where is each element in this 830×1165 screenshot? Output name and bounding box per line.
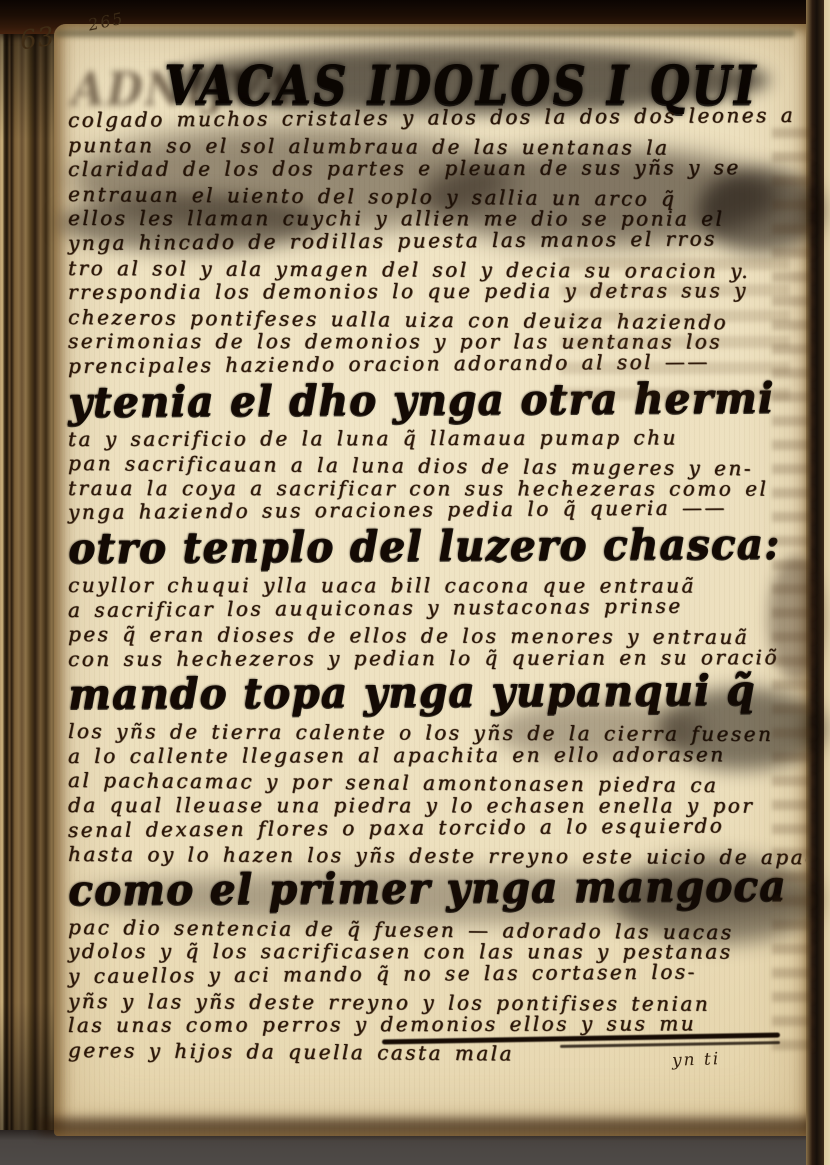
text-line: rrespondia los demonios lo que pedia y d… (68, 278, 806, 305)
text-line: ynga hincado de rodillas puesta las mano… (68, 226, 806, 256)
folio-number-side: 63 (18, 22, 57, 57)
manuscript-body: colgado muchos cristales y alos dos la d… (68, 108, 806, 1062)
text-line: colgado muchos cristales y alos dos la d… (68, 103, 806, 133)
page-top-shadow (55, 30, 795, 37)
manuscript-page: ADNIJVA VACAS IDOLOS I QUI colgado mucho… (54, 24, 812, 1136)
paragraph: los yñs de tierra calente o los yñs de l… (68, 719, 806, 867)
text-line: a lo callente llegasen al apachita en el… (68, 742, 806, 769)
section-heading: mando topa ynga yupanqui q̃ (68, 666, 806, 721)
section-heading: como el primer ynga mangoca (68, 861, 806, 916)
next-page-sliver (824, 0, 830, 1165)
text-line: claridad de los dos partes e pleuan de s… (68, 155, 806, 182)
paragraph: colgado muchos cristales y alos dos la d… (68, 108, 806, 379)
paragraph: ta y sacrificio de la luna q̃ llamaua pu… (68, 427, 806, 525)
manuscript-photo: ADNIJVA VACAS IDOLOS I QUI colgado mucho… (0, 0, 830, 1165)
paragraph: cuyllor chuqui ylla uaca bill cacona que… (68, 573, 806, 671)
text-line: senal dexasen flores o paxa torcido a lo… (68, 813, 806, 843)
title-row: ADNIJVA VACAS IDOLOS I QUI (68, 54, 806, 108)
text-line: y cauellos y aci mando q̃ no se las cort… (68, 959, 806, 989)
section-heading: otro tenplo del luzero chasca: (68, 519, 806, 574)
page-content: ADNIJVA VACAS IDOLOS I QUI colgado mucho… (68, 54, 806, 1062)
catchword: yn ti (672, 1049, 721, 1071)
page-bottom-burn (40, 1118, 820, 1134)
page-right-edge (806, 0, 824, 1165)
section-heading: ytenia el dho ynga otra hermi (68, 373, 806, 428)
text-line: a sacrificar los auquiconas y nustaconas… (68, 592, 806, 622)
text-line: ta y sacrificio de la luna q̃ llamaua pu… (68, 425, 806, 452)
